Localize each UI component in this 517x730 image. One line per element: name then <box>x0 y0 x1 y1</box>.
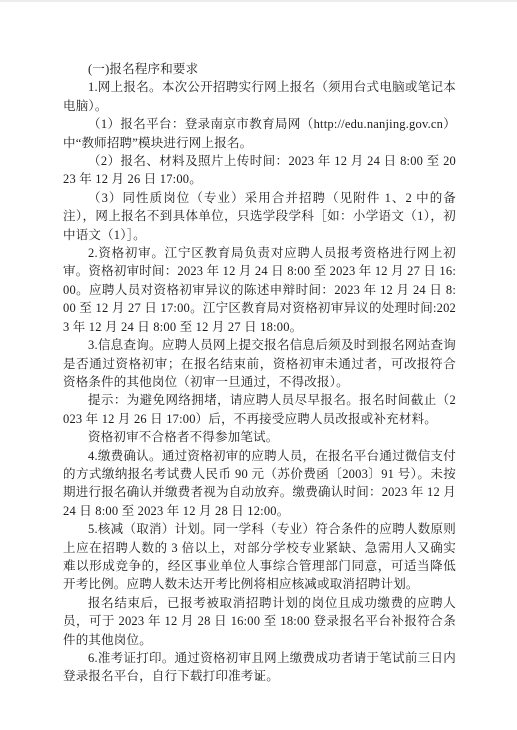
paragraph: 4.缴费确认。通过资格初审的应聘人员，在报名平台通过微信支付的方式缴纳报名考试费… <box>63 447 456 521</box>
document-content: (一)报名程序和要求 1.网上报名。本次公开招聘实行网上报名（须用台式电脑或笔记… <box>63 60 456 686</box>
paragraph: （1）报名平台：登录南京市教育局网（http://edu.nanjing.gov… <box>63 115 456 152</box>
paragraph: 5.核减（取消）计划。同一学科（专业）符合条件的应聘人数原则上应在招聘人数的 3… <box>63 520 456 594</box>
paragraph: 报名结束后，已报考被取消招聘计划的岗位且成功缴费的应聘人员，可于 2023 年 … <box>63 594 456 649</box>
paragraph: （3）同性质岗位（专业）采用合并招聘（见附件 1、2 中的备注），网上报名不到具… <box>63 189 456 244</box>
paragraph: 3.信息查询。应聘人员网上提交报名信息后须及时到报名网站查询是否通过资格初审；在… <box>63 336 456 391</box>
paragraph: （2）报名、材料及照片上传时间：2023 年 12 月 24 日 8:00 至 … <box>63 152 456 189</box>
paragraph: 2.资格初审。江宁区教育局负责对应聘人员报考资格进行网上初审。资格初审时间：20… <box>63 244 456 336</box>
paragraph: 1.网上报名。本次公开招聘实行网上报名（须用台式电脑或笔记本电脑）。 <box>63 78 456 115</box>
document-page: (一)报名程序和要求 1.网上报名。本次公开招聘实行网上报名（须用台式电脑或笔记… <box>0 0 517 730</box>
paragraph: 资格初审不合格者不得参加笔试。 <box>63 428 456 446</box>
paragraph: 提示：为避免网络拥堵，请应聘人员尽早报名。报名时间截止（2023 年 12 月 … <box>63 391 456 428</box>
section-heading: (一)报名程序和要求 <box>63 60 456 78</box>
page-number: 3 <box>0 672 517 683</box>
document-body: 1.网上报名。本次公开招聘实行网上报名（须用台式电脑或笔记本电脑）。（1）报名平… <box>63 78 456 685</box>
